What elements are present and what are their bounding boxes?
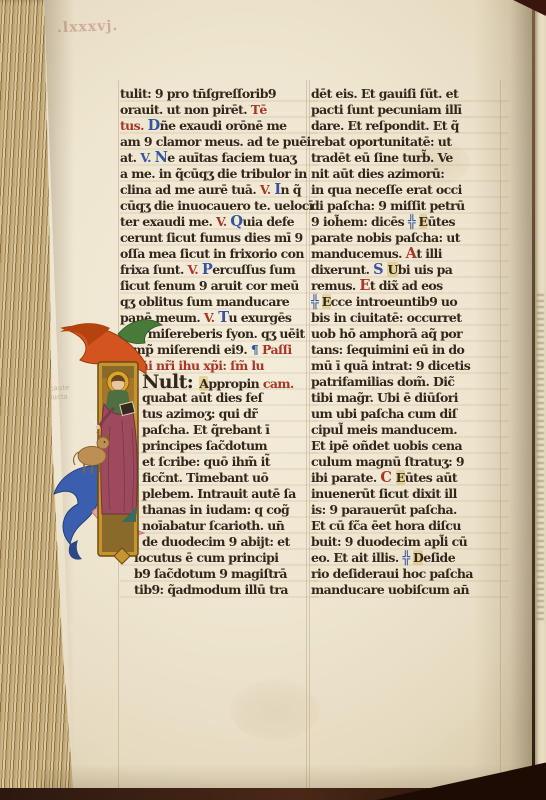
text-segment: 9 ioh̃em: dicēs xyxy=(311,214,408,229)
text-segment: tans: ſequimini eū in do xyxy=(311,342,464,357)
text-segment: E xyxy=(359,277,369,294)
text-segment: ūtes xyxy=(427,214,454,229)
text-segment: tus. xyxy=(120,118,148,133)
text-segment: D xyxy=(413,550,423,565)
text-line: a me. in q̃cūqʒ die tribulor in xyxy=(120,166,318,182)
text-segment: cūqʒ die inuocauero te. uelocī xyxy=(120,198,313,213)
text-line: cerunt ſicut fumus dies mī 9 xyxy=(120,230,318,246)
evangelist-mantle xyxy=(101,404,138,514)
next-leaf-edge xyxy=(535,2,546,788)
text-segment: cce introeuntib9 uo xyxy=(331,294,458,309)
text-segment: ╬ xyxy=(402,550,413,565)
text-segment: tulit: 9 pro tn̄ſgreſſorib9 xyxy=(120,86,276,101)
text-segment: um ubi paſcha cum diſ xyxy=(311,406,457,421)
text-line: orauit. ut non pirēt. Tē xyxy=(120,102,318,118)
text-segment: pacti ſunt pecuniam illī xyxy=(311,102,462,117)
text-segment: oſſa mea ſicut in frixorio con xyxy=(120,246,304,261)
text-line: cūqʒ die inuocauero te. uelocī xyxy=(120,198,318,214)
text-segment: parate nobis paſcha: ut xyxy=(311,230,460,245)
text-line: am 9 clamor meus. ad te puēi xyxy=(120,134,318,150)
text-segment: t dix̃ ad eos xyxy=(370,278,443,293)
text-segment: dixerunt. xyxy=(311,262,373,277)
text-segment: n q̃ xyxy=(281,182,301,197)
text-segment: uob hō amphorā aq̃ por xyxy=(311,326,462,341)
text-segment: Tē xyxy=(251,102,267,117)
text-line: qʒ oblitus ſum manducare xyxy=(120,294,318,310)
text-segment: ¶ xyxy=(251,342,262,357)
text-segment: u exurgēs xyxy=(228,310,291,325)
text-segment: ūtes aūt xyxy=(405,470,457,485)
text-line: tib9: q̃admodum illū tra xyxy=(120,582,318,598)
text-segment: tib9: q̃admodum illū tra xyxy=(134,582,288,597)
text-segment: t illi xyxy=(416,246,442,261)
text-segment: S xyxy=(373,261,387,278)
text-segment: rebat oportunitatē: ut xyxy=(311,134,451,149)
text-segment: U xyxy=(387,262,397,277)
text-segment: V. xyxy=(187,262,201,277)
text-segment: am 9 clamor meus. ad te puēi xyxy=(120,134,311,149)
text-segment: C xyxy=(380,469,395,486)
text-line: ter exaudi me. V. Quia defe xyxy=(120,214,318,230)
page-curl-shading xyxy=(474,0,534,790)
text-segment: N xyxy=(155,149,168,166)
text-segment: ibi parate. xyxy=(311,470,380,485)
text-segment: eſide xyxy=(423,550,455,565)
text-segment: orauit. ut non pirēt. xyxy=(120,102,251,117)
text-segment: dare. Et reſpondit. Et q̃ xyxy=(311,118,459,133)
gospel-book xyxy=(120,402,135,416)
text-segment: is: 9 parauerūt paſcha. xyxy=(311,502,457,517)
text-segment: b9 ſac̃dotum 9 magiſtrā xyxy=(134,566,287,581)
text-segment: ñe exaudi orōnē me xyxy=(160,118,287,133)
text-segment: cerunt ſicut fumus dies mī 9 xyxy=(120,230,303,245)
text-segment: frixa ſunt. xyxy=(120,262,187,277)
text-segment: e auītas faciem tuaʒ xyxy=(167,150,296,165)
text-segment: ercuſſus ſum xyxy=(212,262,295,277)
text-segment: V. xyxy=(260,182,274,197)
text-segment: at. xyxy=(120,150,140,165)
manuscript-photo: .lxxxvj. caute lucta tulit: 9 pro tn̄ſgr… xyxy=(0,0,546,800)
text-segment: nit aūt dies azimorū: xyxy=(311,166,444,181)
text-segment: Et ipē oñdet uobis cena xyxy=(311,438,462,453)
acanthus-leaf-green xyxy=(118,320,162,344)
text-segment: ſicut fenum 9 aruit cor meū xyxy=(120,278,299,293)
next-leaf-text-bleed xyxy=(537,294,544,624)
text-line: frixa ſunt. V. Percuſſus ſum xyxy=(120,262,318,278)
text-segment: eo. Et ait illis. xyxy=(311,550,402,565)
text-segment: clina ad me aurē tuā. xyxy=(120,182,260,197)
text-segment: ╬ xyxy=(408,214,419,229)
text-segment: inuenerūt ſicut dixit ill xyxy=(311,486,457,501)
text-segment: rio deſideraui hoc paſcha xyxy=(311,566,473,581)
text-segment: di paſcha: 9 miſſit petrū xyxy=(311,198,465,213)
text-segment: qʒ oblitus ſum manducare xyxy=(120,294,289,309)
evangelist-hand xyxy=(96,425,100,429)
text-segment: in qua neceſſe erat occi xyxy=(311,182,462,197)
acanthus-bottom-blue xyxy=(54,466,104,544)
text-line: tus. Dñe exaudi orōnē me xyxy=(120,118,318,134)
text-segment: ter exaudi me. xyxy=(120,214,216,229)
text-line: oſſa mea ſicut in frixorio con xyxy=(120,246,318,262)
text-segment: uia defe xyxy=(242,214,294,229)
text-segment: cam. xyxy=(263,376,294,391)
text-line: b9 ſac̃dotum 9 magiſtrā xyxy=(120,566,318,582)
text-segment: E xyxy=(396,470,405,485)
illuminated-initial-I xyxy=(48,316,218,568)
text-segment: a me. in q̃cūqʒ die tribulor in xyxy=(120,166,307,181)
text-segment: cipul̃ meis manducem. xyxy=(311,422,457,437)
text-line: tulit: 9 pro tn̄ſgreſſorib9 xyxy=(120,86,318,102)
text-segment: Q xyxy=(230,213,242,230)
text-segment: A xyxy=(406,245,417,262)
text-segment: tibi mag̃r. Ubi ē diūſori xyxy=(311,390,458,405)
text-segment: T xyxy=(218,309,228,326)
text-segment: patrifamilias dom̃. Dic̃ xyxy=(311,374,454,389)
margin-annotation-line: lucta xyxy=(50,392,70,402)
text-segment: bis in ciuitatē: occurret xyxy=(311,310,461,325)
text-segment: dēt eis. Et gauiſi ſūt. et xyxy=(311,86,458,101)
text-segment: bi uis pa xyxy=(398,262,453,277)
text-segment: V. xyxy=(140,150,154,165)
margin-annotation: caute lucta xyxy=(50,384,70,403)
text-line: clina ad me aurē tuā. V. In q̃ xyxy=(120,182,318,198)
text-segment: buit: 9 duodecim apl̃i cū xyxy=(311,534,467,549)
text-segment: remus. xyxy=(311,278,359,293)
text-line: ſicut fenum 9 aruit cor meū xyxy=(120,278,318,294)
text-segment: D xyxy=(148,117,160,134)
text-segment: ╬ xyxy=(311,294,322,309)
text-segment: Et cū fc̃a ēet hora diſcu xyxy=(311,518,461,533)
text-segment: V. xyxy=(216,214,230,229)
text-segment: culum magnū ſtratuʒ: 9 xyxy=(311,454,464,469)
text-segment: manducemus. xyxy=(311,246,406,261)
text-segment: manducare uobiſcum an̄ xyxy=(311,582,469,597)
text-segment: P xyxy=(202,261,212,278)
text-segment: Paſſi xyxy=(262,342,292,357)
text-segment: mū ī quā intrat: 9 dicetis xyxy=(311,358,470,373)
text-segment: tradēt eū ſine turb̃. Ve xyxy=(311,150,453,165)
text-segment: E xyxy=(322,294,331,309)
text-line: at. V. Ne auītas faciem tuaʒ xyxy=(120,150,318,166)
